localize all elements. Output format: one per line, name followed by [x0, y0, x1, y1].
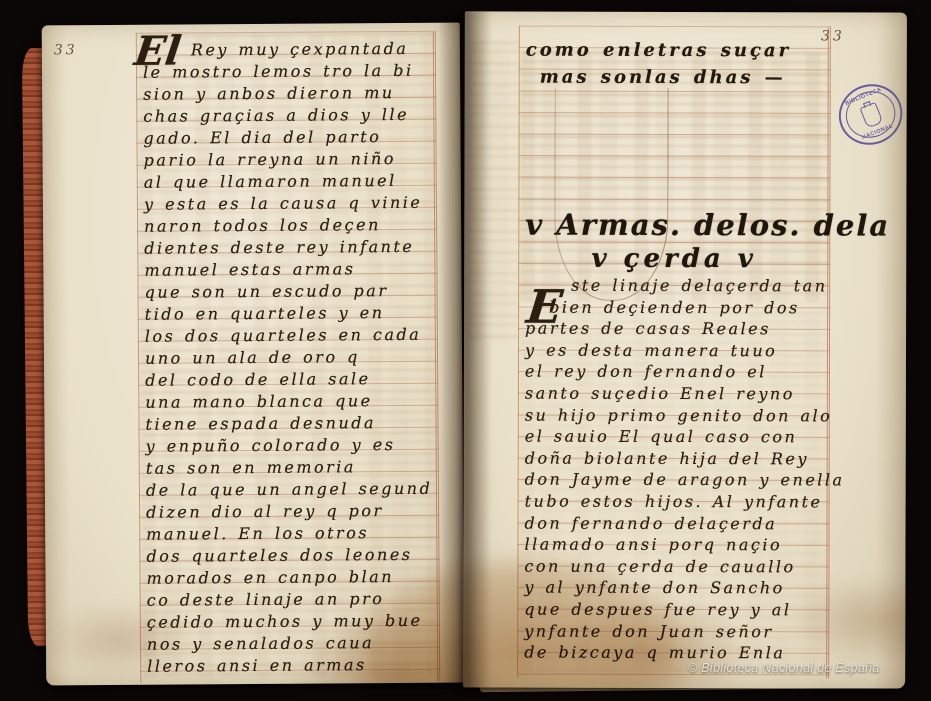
- manuscript-line: partes de casas Reales: [525, 318, 823, 340]
- left-page: 33 El Rey muy çexpantadale mostro lemos …: [42, 23, 465, 686]
- manuscript-line: pario la rreyna un niño: [144, 148, 430, 172]
- right-text-block: como enletras suçarmas sonlas dhas — v A…: [517, 26, 831, 679]
- manuscript-line: al que llamaron manuel: [144, 170, 430, 194]
- manuscript-line: mas sonlas dhas —: [526, 64, 824, 92]
- manuscript-line: los dos quarteles en cada: [145, 324, 431, 348]
- manuscript-line: del codo de ella sale: [145, 368, 431, 392]
- manuscript-line: Rey muy çexpantada: [143, 38, 429, 62]
- manuscript-line: don Jayme de aragon y enella: [525, 469, 823, 491]
- manuscript-line: y es desta manera tuuo: [525, 339, 823, 361]
- manuscript-line: y enpuño colorado y es: [146, 434, 432, 458]
- manuscript-line: morados en canpo blan: [146, 566, 432, 590]
- folio-number-left: 33: [54, 42, 78, 58]
- manuscript-line: dos quarteles dos leones: [146, 544, 432, 568]
- manuscript-line: de la que un angel segund: [146, 478, 432, 502]
- ruled-blank-area: [525, 91, 823, 208]
- manuscript-line: lleros ansi en armas: [147, 654, 433, 678]
- manuscript-line: bien deçienden por dos: [525, 296, 823, 318]
- manuscript-line: santo suçedio Enel reyno: [525, 383, 823, 405]
- manuscript-line: ste linaje delaçerda tan: [525, 275, 823, 297]
- ink-bleedthrough: [468, 41, 519, 341]
- manuscript-line: dizen dio al rey q por: [146, 500, 432, 524]
- manuscript-line: el rey don fernando el: [525, 361, 823, 383]
- manuscript-line: con una çerda de cauallo: [524, 555, 822, 577]
- manuscript-line: que despues fue rey y al: [524, 598, 822, 620]
- manuscript-line: tido en quarteles y en: [145, 302, 431, 326]
- section-heading-line1: v Armas. delos. dela: [525, 207, 823, 244]
- copyright-watermark: © Biblioteca Nacional de España: [688, 661, 880, 675]
- manuscript-line: tubo estos hijos. Al ynfante: [525, 491, 823, 513]
- illuminated-initial: E: [524, 280, 565, 334]
- manuscript-line: co deste linaje an pro: [147, 588, 433, 612]
- left-page-text: Rey muy çexpantadale mostro lemos tro la…: [143, 38, 433, 678]
- manuscript-line: dientes deste rey infante: [144, 236, 430, 260]
- manuscript-line: manuel. En los otros: [146, 522, 432, 546]
- manuscript-line: tas son en memoria: [146, 456, 432, 480]
- manuscript-line: naron todos los deçen: [144, 214, 430, 238]
- manuscript-line: nos y senalados caua: [147, 632, 433, 656]
- manuscript-line: le mostro lemos tro la bi: [143, 60, 429, 84]
- manuscript-line: que son un escudo par: [144, 280, 430, 304]
- manuscript-line: doña biolante hija del Rey: [525, 447, 823, 469]
- manuscript-line: sion y anbos dieron mu: [143, 82, 429, 106]
- manuscript-line: gado. El dia del parto: [143, 126, 429, 150]
- manuscript-line: su hijo primo genito don alo: [525, 404, 823, 426]
- manuscript-line: chas graçias a dios y lle: [143, 104, 429, 128]
- manuscript-line: una mano blanca que: [145, 390, 431, 414]
- manuscript-line: y al ynfante don Sancho: [524, 577, 822, 599]
- manuscript-line: tiene espada desnuda: [145, 412, 431, 436]
- section-heading: v Armas. delos. dela v çerda v: [525, 207, 823, 276]
- manuscript-line: y esta es la causa q vinie: [144, 192, 430, 216]
- manuscript-line: el sauio El qual caso con: [525, 426, 823, 448]
- manuscript-line: manuel estas armas: [144, 258, 430, 282]
- manuscript-photo: 33 El Rey muy çexpantadale mostro lemos …: [0, 0, 931, 701]
- section-heading-line2: v çerda v: [525, 243, 823, 276]
- manuscript-line: çedido muchos y muy bue: [147, 610, 433, 634]
- manuscript-line: don fernando delaçerda: [525, 512, 823, 534]
- chapter-header-note: como enletras suçarmas sonlas dhas —: [526, 37, 824, 92]
- manuscript-line: llamado ansi porq naçio: [524, 534, 822, 556]
- right-page: 33 como enletras suçarmas sonlas dhas — …: [463, 11, 907, 688]
- manuscript-line: ynfante don Juan señor: [524, 620, 822, 642]
- left-text-block: El Rey muy çexpantadale mostro lemos tro…: [136, 31, 441, 683]
- library-stamp: BIBLIOTECA NACIONAL: [830, 75, 912, 155]
- right-page-text: ste linaje delaçerda tanbien deçienden p…: [524, 275, 823, 664]
- manuscript-line: como enletras suçar: [526, 37, 824, 65]
- manuscript-line: uno un ala de oro q: [145, 346, 431, 370]
- illuminated-initial: El: [132, 27, 184, 74]
